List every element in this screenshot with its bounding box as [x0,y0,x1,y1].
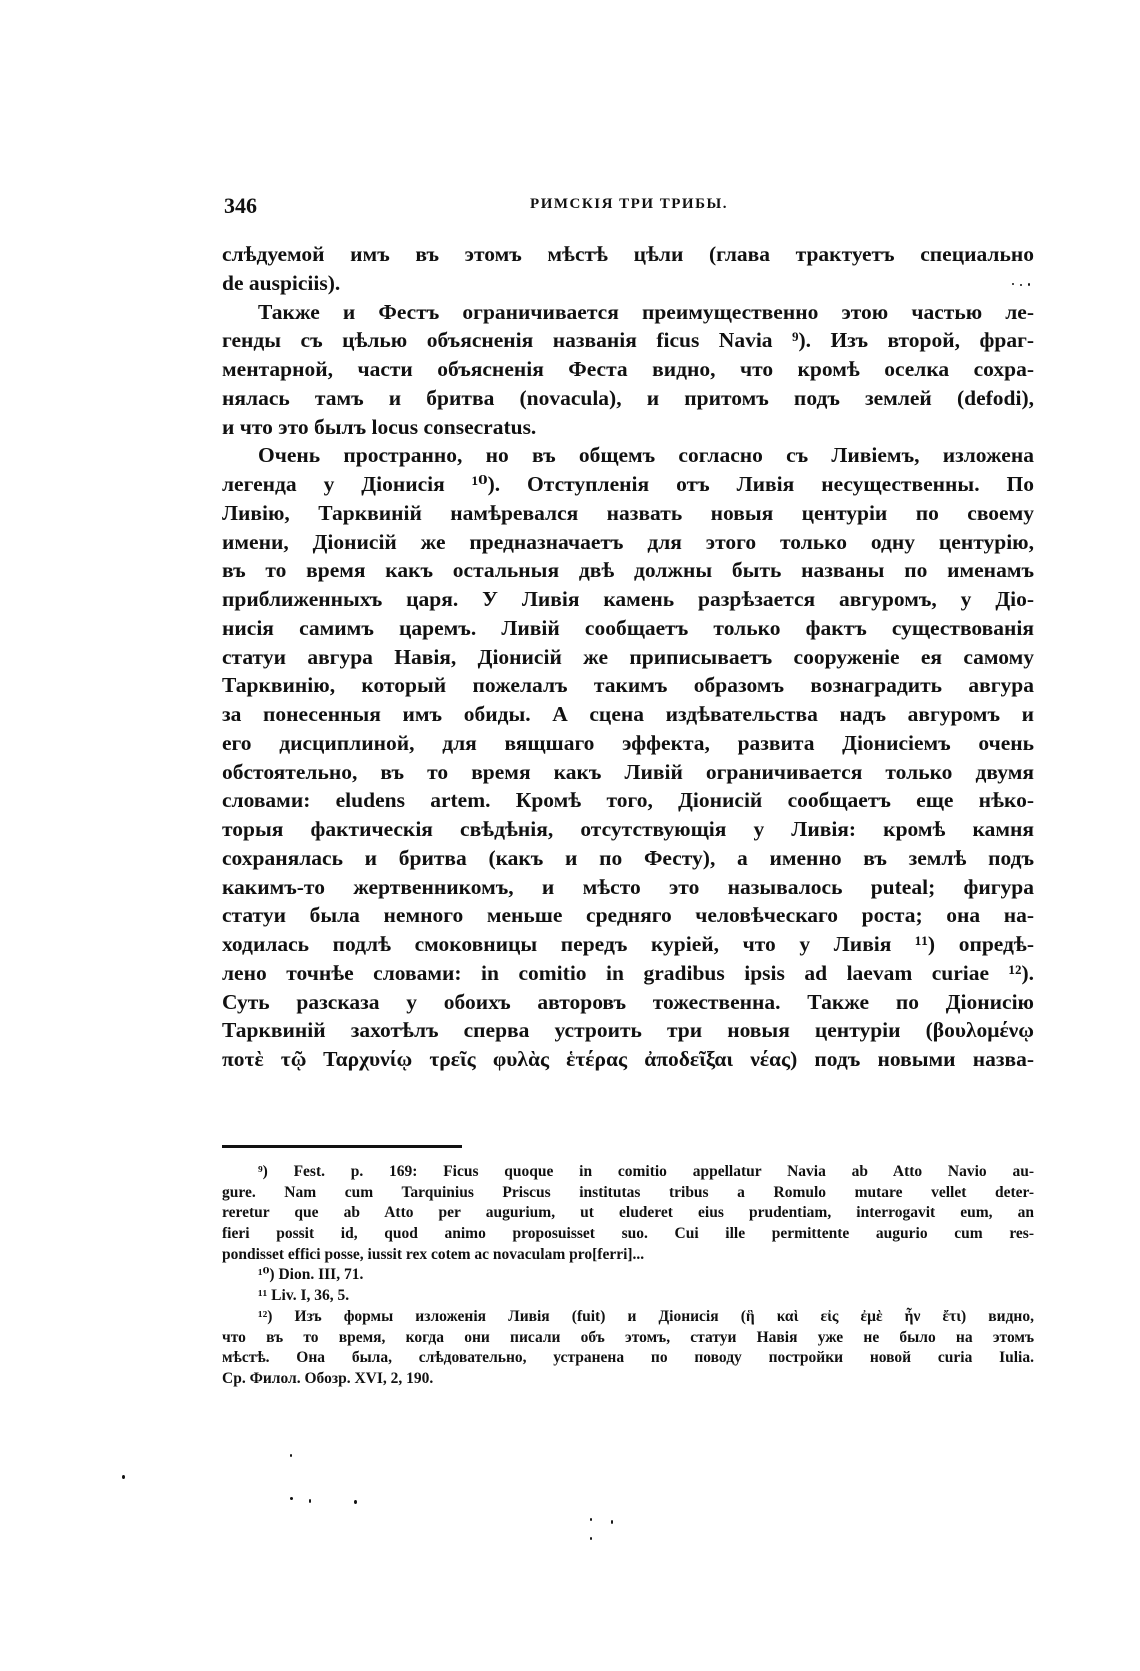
body-line: Тарквиній захотѣлъ сперва устроить три н… [222,1016,1034,1045]
running-head: 346 РИМСКІЯ ТРИ ТРИБЫ. [224,193,1034,221]
body-line: ποτὲ τῷ Ταρχυνίῳ τρεῖς φυλὰς ἑτέρας ἀποδ… [222,1045,1034,1074]
paragraph-start-line: Очень пространно, но въ общемъ согласно … [222,441,1034,470]
footnote-line: reretur que ab Atto per augurium, ut elu… [222,1203,1034,1224]
scan-speck [290,1497,293,1500]
body-line: генды съ цѣлью объясненія названія ficus… [222,326,1034,355]
body-line: ходилась подлѣ смоковницы передъ куріей,… [222,930,1034,959]
body-line: Ливію, Тарквиній намѣревался назвать нов… [222,499,1034,528]
footnotes: ⁹) Fest. p. 169: Ficus quoque in comitio… [222,1162,1034,1390]
book-page: 346 РИМСКІЯ ТРИ ТРИБЫ. слѣдуемой имъ въ … [0,0,1140,1671]
body-line: и что это былъ locus consecratus. [222,413,1034,442]
scan-speck [122,1475,125,1479]
footnote-11-line: ¹¹ Liv. I, 36, 5. [222,1286,1034,1307]
scan-speck [1020,284,1022,286]
body-line: обстоятельно, въ то время какъ Ливій огр… [222,758,1034,787]
footnote-line: gure. Nam cum Tarquinius Priscus institu… [222,1183,1034,1204]
body-line: въ то время какъ остальныя двѣ должны бы… [222,556,1034,585]
body-line: приближенныхъ царя. У Ливія камень разрѣ… [222,585,1034,614]
body-line: словами: eludens artem. Кромѣ того, Діон… [222,786,1034,815]
paragraph-start-line: Также и Фестъ ограничивается преимуществ… [222,298,1034,327]
body-line: нялась тамъ и бритва (novacula), и прито… [222,384,1034,413]
footnote-9-line: ⁹) Fest. p. 169: Ficus quoque in comitio… [222,1162,1034,1183]
scan-speck [611,1520,613,1524]
body-line: лено точнѣе словами: in comitio in gradi… [222,959,1034,988]
body-line: имени, Діонисій же предназначаетъ для эт… [222,528,1034,557]
scan-speck [590,1518,592,1521]
footnote-10-line: ¹⁰) Dion. III, 71. [222,1265,1034,1286]
body-line: Тарквинію, который пожелалъ такимъ образ… [222,671,1034,700]
footnote-line: fieri possit id, quod animo proposuisset… [222,1224,1034,1245]
footnote-separator [222,1145,462,1148]
body-line: ментарной, части объясненія Феста видно,… [222,355,1034,384]
body-line: торыя фактическія свѣдѣнія, отсутствующі… [222,815,1034,844]
body-line: его дисциплиной, для вящшаго эффекта, ра… [222,729,1034,758]
scan-speck [290,1454,292,1457]
footnote-line: pondisset effici posse, iussit rex cotem… [222,1245,1034,1266]
body-line: нисія самимъ царемъ. Ливій сообщаетъ тол… [222,614,1034,643]
body-line: статуи авгура Навія, Діонисій же приписы… [222,643,1034,672]
body-line: за понесенныя имъ обиды. А сцена издѣват… [222,700,1034,729]
footnote-line: что въ то время, когда они писали объ эт… [222,1328,1034,1349]
body-line: легенда у Діонисія ¹⁰). Отступленія отъ … [222,470,1034,499]
scan-speck [354,1500,357,1504]
scan-speck [1012,283,1014,285]
body-line: de auspiciis). [222,269,1034,298]
body-line: Суть разсказа у обоихъ авторовъ тожестве… [222,988,1034,1017]
body-text: слѣдуемой имъ въ этомъ мѣстѣ цѣли (глава… [222,240,1034,1074]
running-title: РИМСКІЯ ТРИ ТРИБЫ. [224,196,1034,213]
scan-speck [590,1537,592,1540]
scan-speck [1028,283,1030,286]
body-line: сохранялась и бритва (какъ и по Фесту), … [222,844,1034,873]
scan-speck [309,1499,311,1503]
footnote-line: Ср. Филол. Обозр. XVI, 2, 190. [222,1369,1034,1390]
body-line: слѣдуемой имъ въ этомъ мѣстѣ цѣли (глава… [222,240,1034,269]
footnote-line: мѣстѣ. Она была, слѣдовательно, устранен… [222,1348,1034,1369]
body-line: статуи была немного меньше средняго чело… [222,901,1034,930]
body-line: какимъ-то жертвенникомъ, и мѣсто это наз… [222,873,1034,902]
footnote-12-line: ¹²) Изъ формы изложенія Ливія (fuit) и Д… [222,1307,1034,1328]
